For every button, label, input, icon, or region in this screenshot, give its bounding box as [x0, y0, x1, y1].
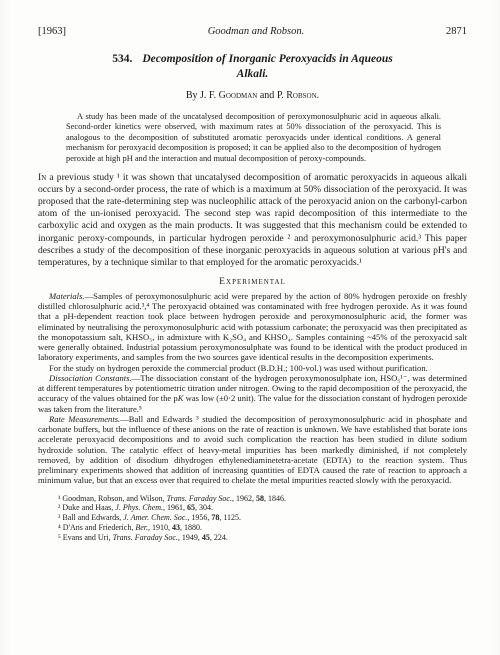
- footnote-5-pages: , 224.: [210, 533, 228, 542]
- footnote-3-authors: Ball and Edwards,: [60, 513, 123, 522]
- footnote-3-pages: , 1125.: [219, 513, 241, 522]
- footnote-5-volume: 45: [202, 533, 210, 542]
- footnote-5-journal: Trans. Faraday Soc.: [113, 533, 178, 542]
- byline-and: and: [260, 90, 274, 101]
- footnote-4: ⁴ D'Ans and Friederich, Ber., 1910, 43, …: [58, 523, 467, 533]
- footnote-4-pages: , 1880.: [180, 523, 202, 532]
- article-title-block: 534.Decomposition of Inorganic Peroxyaci…: [38, 52, 467, 102]
- author-2: P. Robson.: [277, 90, 319, 101]
- page-number: 2871: [446, 26, 467, 38]
- article-title-line2: Alkali.: [38, 67, 467, 82]
- page-header: [1963] Goodman and Robson. 2871: [38, 26, 467, 38]
- intro-lead-word: In: [38, 172, 46, 183]
- footnote-2-authors: Duke and Haas,: [60, 503, 115, 512]
- running-head: Goodman and Robson.: [208, 26, 305, 38]
- article-title-text: Decomposition of Inorganic Peroxyacids i…: [142, 53, 392, 65]
- article-number: 534.: [112, 53, 132, 65]
- byline-by: By: [186, 90, 198, 101]
- footnote-1-volume: 58: [256, 494, 264, 503]
- footnote-5-year: , 1949,: [178, 533, 202, 542]
- footnote-2-year: , 1961,: [163, 503, 187, 512]
- footnote-1-journal: Trans. Faraday Soc.: [167, 494, 232, 503]
- dissociation-constants-paragraph: Dissociation Constants.—The dissociation…: [38, 373, 467, 414]
- footnote-4-year: , 1910,: [148, 523, 172, 532]
- abstract: A study has been made of the uncatalysed…: [66, 112, 441, 164]
- footnote-4-journal: Ber.: [135, 523, 148, 532]
- footnote-2-pages: , 304.: [195, 503, 213, 512]
- footnote-1: ¹ Goodman, Robson, and Wilson, Trans. Fa…: [58, 494, 467, 504]
- rate-text: —Ball and Edwards ³ studied the decompos…: [38, 414, 467, 486]
- intro-text: a previous study ¹ it was shown that unc…: [38, 172, 467, 268]
- materials-text: —Samples of peroxymonosulphuric acid wer…: [38, 291, 467, 363]
- footnote-2: ² Duke and Haas, J. Phys. Chem., 1961, 6…: [58, 503, 467, 513]
- footnote-5-authors: Evans and Uri,: [61, 533, 113, 542]
- journal-page: [1963] Goodman and Robson. 2871 534.Deco…: [0, 0, 500, 655]
- publication-year: [1963]: [38, 26, 66, 38]
- footnote-1-year: , 1962,: [232, 494, 256, 503]
- footnote-3-year: , 1956,: [187, 513, 211, 522]
- footnote-1-authors: Goodman, Robson, and Wilson,: [60, 494, 166, 503]
- materials-paragraph: Materials.—Samples of peroxymonosulphuri…: [38, 291, 467, 363]
- experimental-heading: Experimental: [38, 276, 467, 287]
- footnote-list: ¹ Goodman, Robson, and Wilson, Trans. Fa…: [38, 494, 467, 543]
- author-1: J. F. Goodman: [200, 90, 257, 101]
- footnote-5: ⁵ Evans and Uri, Trans. Faraday Soc., 19…: [58, 533, 467, 543]
- footnote-4-authors: D'Ans and Friederich,: [61, 523, 136, 532]
- materials-lead: Materials.: [49, 291, 85, 301]
- footnote-3: ³ Ball and Edwards, J. Amer. Chem. Soc.,…: [58, 513, 467, 523]
- rate-measurements-paragraph: Rate Measurements.—Ball and Edwards ³ st…: [38, 414, 467, 486]
- byline: By J. F. Goodman and P. Robson.: [38, 90, 467, 102]
- footnote-4-volume: 43: [172, 523, 180, 532]
- footnote-2-journal: J. Phys. Chem.: [115, 503, 163, 512]
- footnote-3-journal: J. Amer. Chem. Soc.: [123, 513, 187, 522]
- introduction-paragraph: In a previous study ¹ it was shown that …: [38, 172, 467, 269]
- dissociation-lead: Dissociation Constants.: [49, 373, 132, 383]
- article-title-line1: 534.Decomposition of Inorganic Peroxyaci…: [38, 52, 467, 67]
- footnote-1-pages: , 1846.: [264, 494, 286, 503]
- hydrogen-peroxide-note-paragraph: For the study on hydrogen peroxide the c…: [38, 363, 467, 373]
- rate-lead: Rate Measurements.: [49, 414, 120, 424]
- footnote-2-volume: 65: [187, 503, 195, 512]
